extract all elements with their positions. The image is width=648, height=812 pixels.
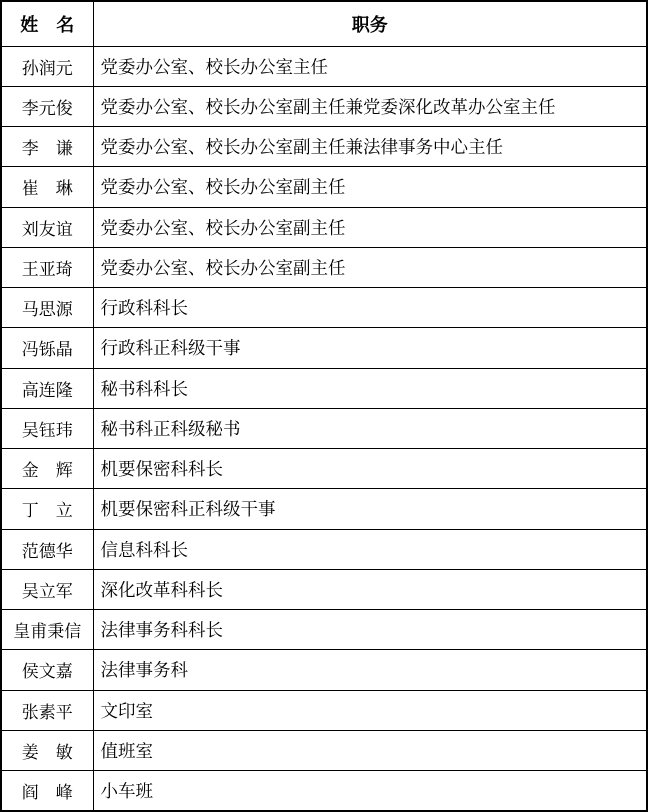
staff-position: 秘书科正科级秘书 (93, 408, 647, 448)
staff-name: 侯文嘉 (1, 650, 93, 690)
table-row: 崔 琳党委办公室、校长办公室副主任 (1, 167, 647, 207)
table-row: 吴钰玮秘书科正科级秘书 (1, 408, 647, 448)
staff-name: 崔 琳 (1, 167, 93, 207)
table-row: 马思源行政科科长 (1, 288, 647, 328)
staff-name: 刘友谊 (1, 207, 93, 247)
staff-name: 皇甫秉信 (1, 610, 93, 650)
table-row: 吴立军深化改革科科长 (1, 569, 647, 609)
table-row: 侯文嘉法律事务科 (1, 650, 647, 690)
staff-position: 党委办公室、校长办公室副主任兼法律事务中心主任 (93, 127, 647, 167)
table-row: 张素平文印室 (1, 690, 647, 730)
staff-position: 党委办公室、校长办公室副主任 (93, 167, 647, 207)
table-body: 孙润元党委办公室、校长办公室主任李元俊党委办公室、校长办公室副主任兼党委深化改革… (1, 46, 647, 811)
staff-name: 李元俊 (1, 86, 93, 126)
table-row: 高连隆秘书科科长 (1, 368, 647, 408)
table-row: 范德华信息科科长 (1, 529, 647, 569)
staff-position: 信息科科长 (93, 529, 647, 569)
table-row: 李元俊党委办公室、校长办公室副主任兼党委深化改革办公室主任 (1, 86, 647, 126)
table-row: 李 谦党委办公室、校长办公室副主任兼法律事务中心主任 (1, 127, 647, 167)
staff-position: 党委办公室、校长办公室主任 (93, 46, 647, 86)
staff-position: 法律事务科科长 (93, 610, 647, 650)
table-header: 姓 名 职务 (1, 1, 647, 46)
staff-position: 机要保密科科长 (93, 449, 647, 489)
staff-name: 吴立军 (1, 569, 93, 609)
table-row: 丁 立机要保密科正科级干事 (1, 489, 647, 529)
staff-position: 深化改革科科长 (93, 569, 647, 609)
staff-position: 党委办公室、校长办公室副主任兼党委深化改革办公室主任 (93, 86, 647, 126)
staff-position: 法律事务科 (93, 650, 647, 690)
header-row: 姓 名 职务 (1, 1, 647, 46)
staff-position: 秘书科科长 (93, 368, 647, 408)
table-row: 阎 峰小车班 (1, 771, 647, 812)
staff-name: 孙润元 (1, 46, 93, 86)
staff-name: 金 辉 (1, 449, 93, 489)
column-header-name: 姓 名 (1, 1, 93, 46)
staff-position: 文印室 (93, 690, 647, 730)
staff-position: 党委办公室、校长办公室副主任 (93, 207, 647, 247)
staff-name: 张素平 (1, 690, 93, 730)
table-row: 金 辉机要保密科科长 (1, 449, 647, 489)
staff-name: 吴钰玮 (1, 408, 93, 448)
staff-name: 高连隆 (1, 368, 93, 408)
staff-position: 行政科正科级干事 (93, 328, 647, 368)
staff-position: 机要保密科正科级干事 (93, 489, 647, 529)
staff-name: 丁 立 (1, 489, 93, 529)
staff-position: 小车班 (93, 771, 647, 812)
staff-name: 马思源 (1, 288, 93, 328)
staff-name: 冯铄晶 (1, 328, 93, 368)
table-row: 冯铄晶行政科正科级干事 (1, 328, 647, 368)
staff-name: 阎 峰 (1, 771, 93, 812)
staff-position: 党委办公室、校长办公室副主任 (93, 247, 647, 287)
table-row: 王亚琦党委办公室、校长办公室副主任 (1, 247, 647, 287)
staff-name: 姜 敏 (1, 730, 93, 770)
table-row: 皇甫秉信法律事务科科长 (1, 610, 647, 650)
table-row: 孙润元党委办公室、校长办公室主任 (1, 46, 647, 86)
staff-name: 李 谦 (1, 127, 93, 167)
table-row: 姜 敏值班室 (1, 730, 647, 770)
staff-table: 姓 名 职务 孙润元党委办公室、校长办公室主任李元俊党委办公室、校长办公室副主任… (0, 0, 648, 812)
staff-position: 值班室 (93, 730, 647, 770)
staff-name: 范德华 (1, 529, 93, 569)
column-header-position: 职务 (93, 1, 647, 46)
staff-position: 行政科科长 (93, 288, 647, 328)
table-row: 刘友谊党委办公室、校长办公室副主任 (1, 207, 647, 247)
document-page: 姓 名 职务 孙润元党委办公室、校长办公室主任李元俊党委办公室、校长办公室副主任… (0, 0, 648, 812)
staff-name: 王亚琦 (1, 247, 93, 287)
